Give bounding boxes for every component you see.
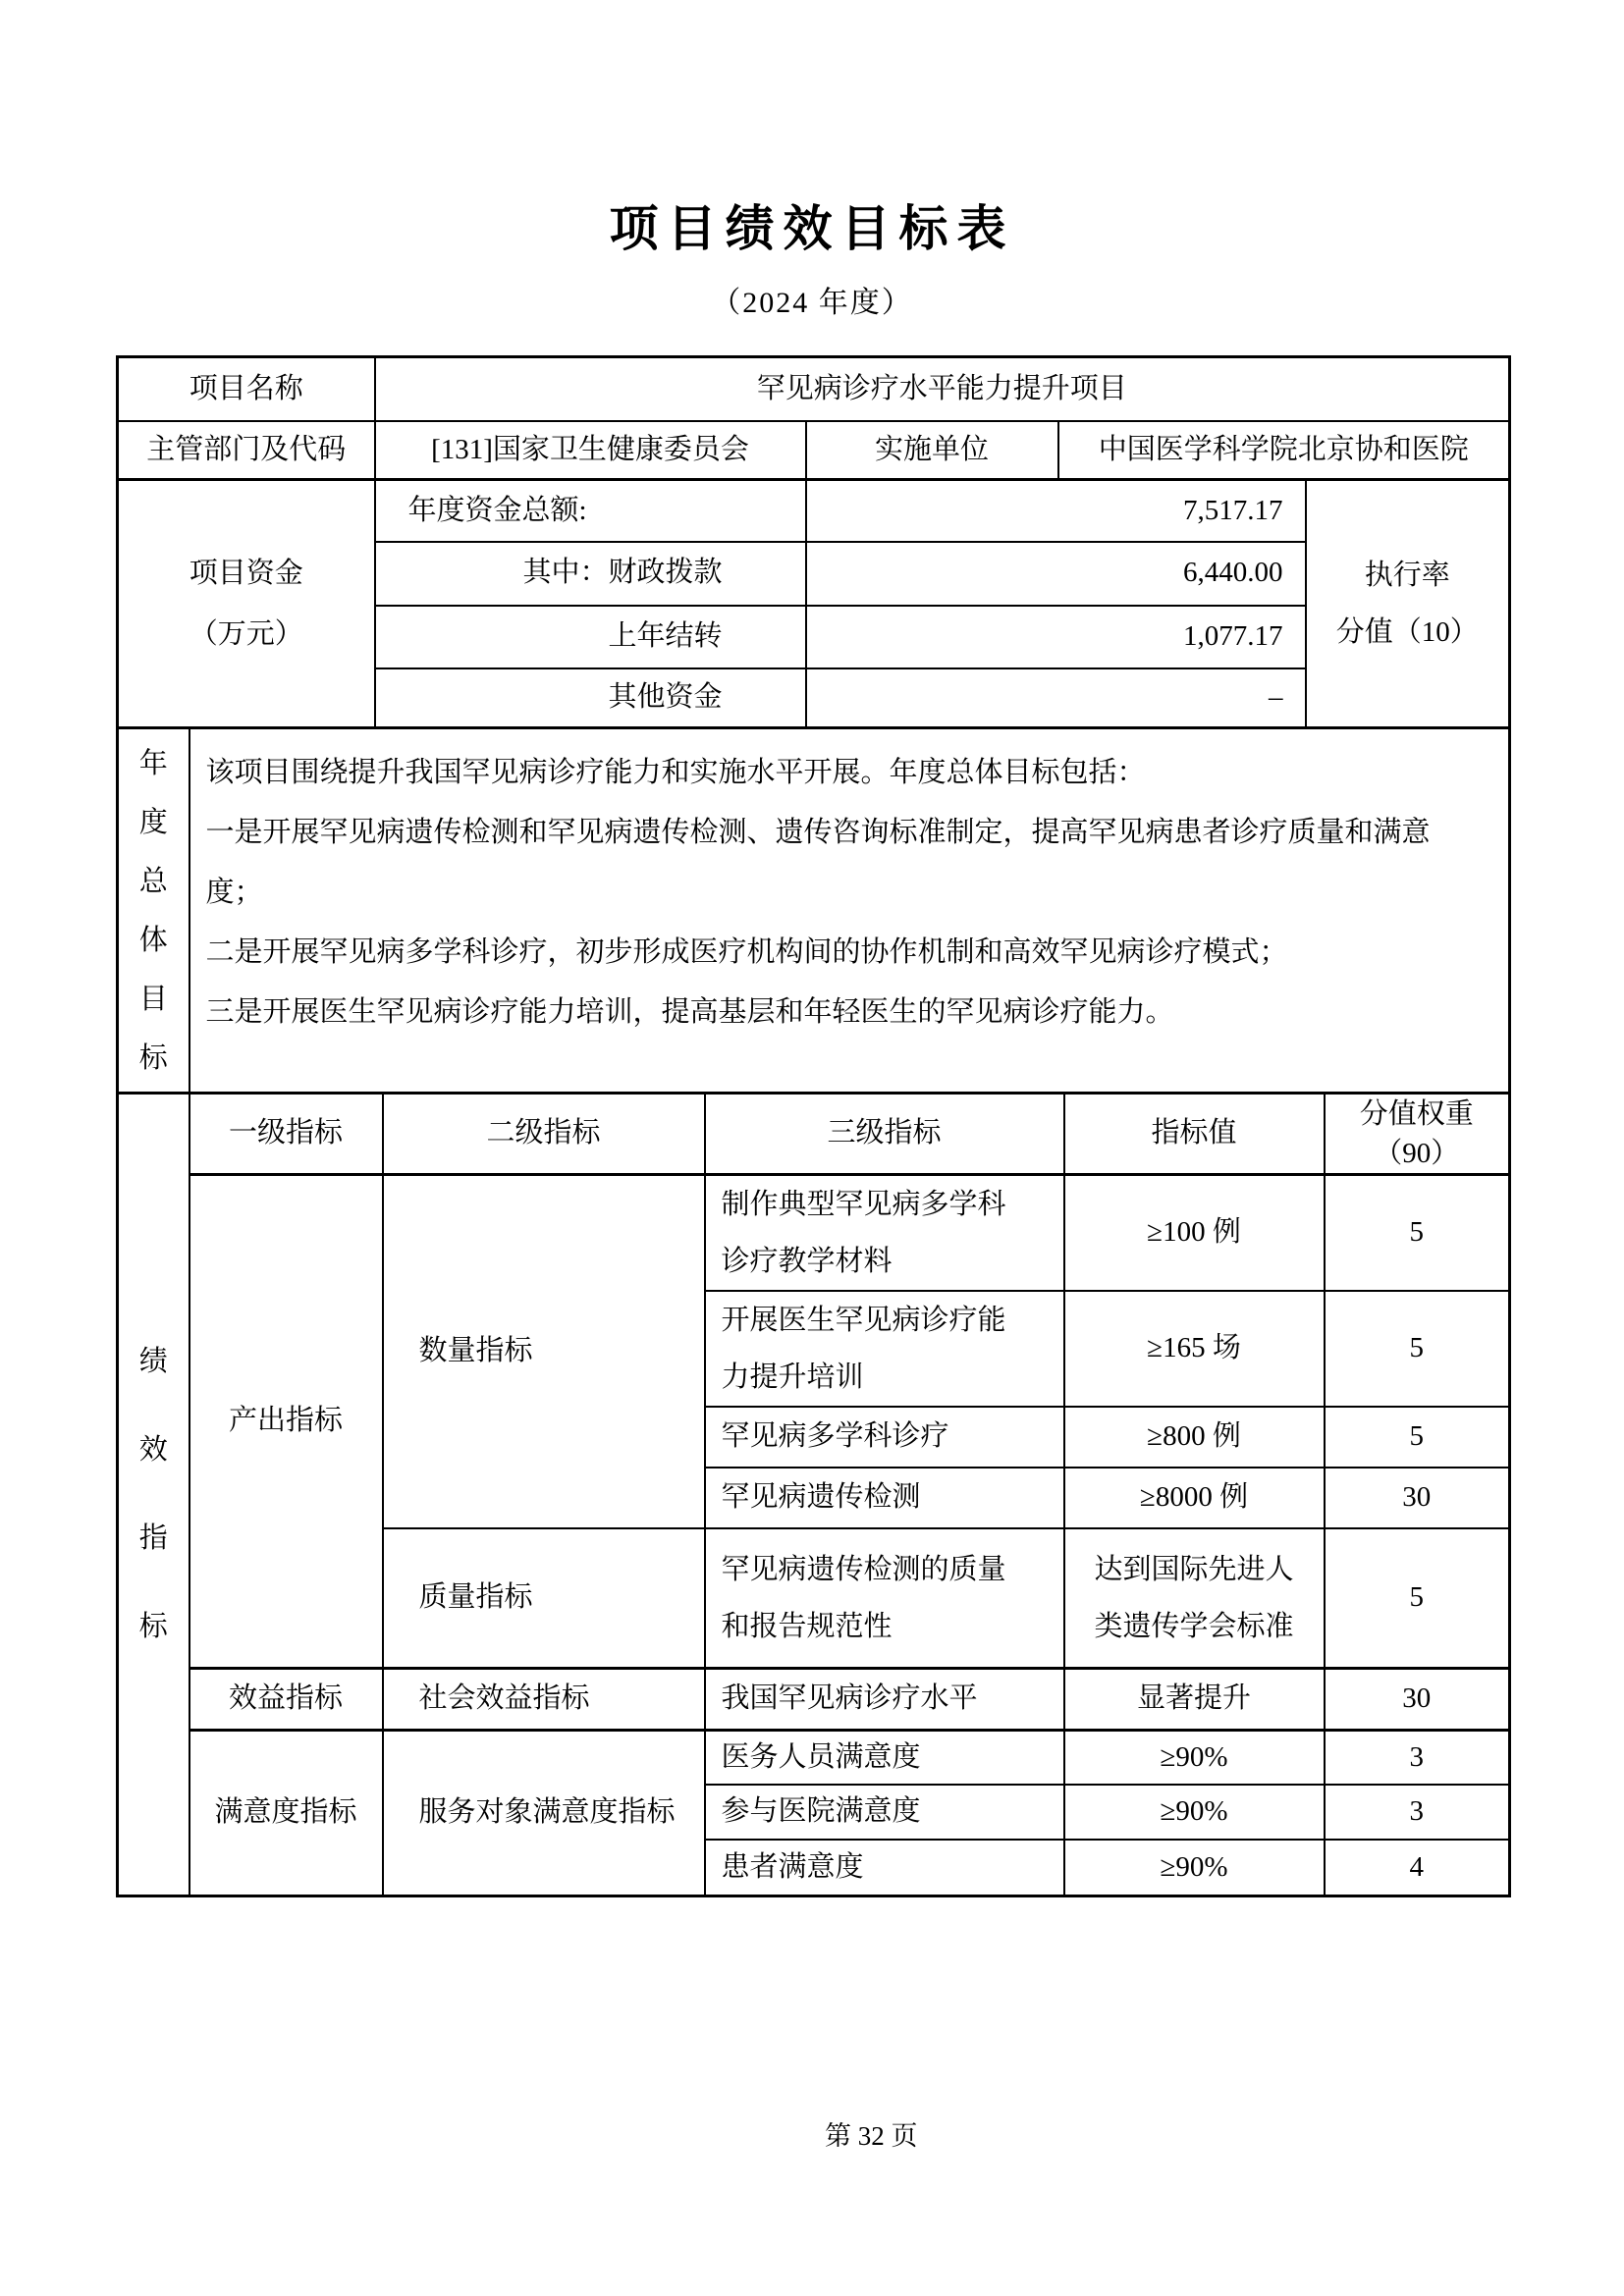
table-row: 满意度指标 服务对象满意度指标 医务人员满意度 ≥90% 3 — [118, 1730, 1510, 1785]
goal-line: 三是开展医生罕见病诊疗能力培训，提高基层和年轻医生的罕见病诊疗能力。 — [206, 983, 1435, 1042]
indicator-score: 5 — [1325, 1528, 1510, 1668]
group-social-label: 社会效益指标 — [383, 1668, 705, 1730]
funds-total-value: 7,517.17 — [806, 480, 1306, 542]
performance-vertical-label: 绩 效 指 标 — [118, 1095, 189, 1896]
page-title: 项目绩效目标表 — [0, 189, 1624, 260]
indicators-header-row: 绩 效 指 标 一级指标 二级指标 三级指标 指标值 分值权重 （90） — [118, 1095, 1510, 1175]
annual-goal-vertical-label: 年 度 总 体 目 标 — [118, 728, 189, 1094]
indicator-name: 罕见病遗传检测 — [705, 1468, 1064, 1528]
impl-label: 实施单位 — [806, 421, 1058, 480]
funds-label-line1: 项目资金 — [119, 543, 374, 604]
header-weight: 分值权重 （90） — [1325, 1095, 1510, 1175]
project-name-label: 项目名称 — [118, 357, 375, 421]
group-service-label: 服务对象满意度指标 — [383, 1730, 705, 1896]
goal-line: 二是开展罕见病多学科诊疗，初步形成医疗机构间的协作机制和高效罕见病诊疗模式； — [206, 923, 1435, 983]
indicator-name: 我国罕见病诊疗水平 — [705, 1668, 1064, 1730]
group-quality-label: 质量指标 — [383, 1528, 705, 1668]
funds-fiscal-label: 其中：财政拨款 — [375, 542, 806, 606]
group-satisfaction-label: 满意度指标 — [189, 1730, 383, 1896]
funds-total-label: 年度资金总额: — [375, 480, 806, 542]
group-benefit-label: 效益指标 — [189, 1668, 383, 1730]
group-quantity-label: 数量指标 — [383, 1175, 705, 1529]
table-row: 项目资金 （万元） 年度资金总额: 7,517.17 执行率 分值（10） — [118, 480, 1510, 542]
header-level1: 一级指标 — [189, 1095, 383, 1175]
indicator-score: 5 — [1325, 1175, 1510, 1292]
goal-line: 一是开展罕见病遗传检测和罕见病遗传检测、遗传咨询标准制定，提高罕见病患者诊疗质量… — [206, 803, 1435, 863]
indicator-name: 参与医院满意度 — [705, 1785, 1064, 1840]
indicator-value: ≥165 场 — [1064, 1291, 1325, 1407]
indicator-score: 5 — [1325, 1407, 1510, 1468]
info-table: 项目名称 罕见病诊疗水平能力提升项目 主管部门及代码 [131]国家卫生健康委员… — [116, 355, 1511, 1095]
indicator-score: 5 — [1325, 1291, 1510, 1407]
indicator-value: 达到国际先进人类遗传学会标准 — [1064, 1528, 1325, 1668]
annual-goal-text: 该项目围绕提升我国罕见病诊疗能力和实施水平开展。年度总体目标包括： 一是开展罕见… — [189, 728, 1510, 1094]
indicator-name: 医务人员满意度 — [705, 1730, 1064, 1785]
goal-line: 该项目围绕提升我国罕见病诊疗能力和实施水平开展。年度总体目标包括： — [206, 743, 1435, 803]
funds-carryover-value: 1,077.17 — [806, 606, 1306, 668]
indicator-name: 开展医生罕见病诊疗能力提升培训 — [705, 1291, 1064, 1407]
table-row: 年 度 总 体 目 标 该项目围绕提升我国罕见病诊疗能力和实施水平开展。年度总体… — [118, 728, 1510, 1094]
funds-carryover-label: 上年结转 — [375, 606, 806, 668]
indicator-name: 制作典型罕见病多学科诊疗教学材料 — [705, 1175, 1064, 1292]
dept-label: 主管部门及代码 — [118, 421, 375, 480]
indicator-value: ≥800 例 — [1064, 1407, 1325, 1468]
table-row: 项目名称 罕见病诊疗水平能力提升项目 — [118, 357, 1510, 421]
funds-label-line2: （万元） — [119, 604, 374, 665]
page-subtitle: （2024 年度） — [0, 278, 1624, 321]
funds-label: 项目资金 （万元） — [118, 480, 375, 728]
dept-value: [131]国家卫生健康委员会 — [375, 421, 806, 480]
table-row: 效益指标 社会效益指标 我国罕见病诊疗水平 显著提升 30 — [118, 1668, 1510, 1730]
table-row: 产出指标 数量指标 制作典型罕见病多学科诊疗教学材料 ≥100 例 5 — [118, 1175, 1510, 1292]
indicator-value: 显著提升 — [1064, 1668, 1325, 1730]
goal-line: 度； — [206, 863, 1435, 923]
funds-other-label: 其他资金 — [375, 668, 806, 728]
execution-rate-label: 执行率 分值（10） — [1306, 480, 1510, 728]
indicator-score: 4 — [1325, 1840, 1510, 1896]
indicator-score: 3 — [1325, 1730, 1510, 1785]
header-level3: 三级指标 — [705, 1095, 1064, 1175]
indicator-name: 患者满意度 — [705, 1840, 1064, 1896]
indicator-score: 30 — [1325, 1468, 1510, 1528]
indicator-score: 30 — [1325, 1668, 1510, 1730]
indicator-value: ≥90% — [1064, 1840, 1325, 1896]
execution-rate-line1: 执行率 — [1307, 547, 1509, 604]
funds-other-value: – — [806, 668, 1306, 728]
impl-value: 中国医学科学院北京协和医院 — [1058, 421, 1510, 480]
indicator-value: ≥90% — [1064, 1730, 1325, 1785]
header-level2: 二级指标 — [383, 1095, 705, 1175]
indicator-name: 罕见病遗传检测的质量和报告规范性 — [705, 1528, 1064, 1668]
page-number: 第 32 页 — [825, 2114, 918, 2153]
indicators-table: 绩 效 指 标 一级指标 二级指标 三级指标 指标值 分值权重 （90） 产出指… — [116, 1095, 1511, 1897]
indicator-name: 罕见病多学科诊疗 — [705, 1407, 1064, 1468]
indicator-value: ≥100 例 — [1064, 1175, 1325, 1292]
indicator-score: 3 — [1325, 1785, 1510, 1840]
group-output-label: 产出指标 — [189, 1175, 383, 1669]
document-page: 项目绩效目标表 （2024 年度） 项目名称 罕见病诊疗水平能力提升项目 主管部… — [0, 0, 1624, 2296]
indicator-value: ≥90% — [1064, 1785, 1325, 1840]
project-name-value: 罕见病诊疗水平能力提升项目 — [375, 357, 1510, 421]
execution-rate-line2: 分值（10） — [1307, 604, 1509, 661]
funds-fiscal-value: 6,440.00 — [806, 542, 1306, 606]
indicator-value: ≥8000 例 — [1064, 1468, 1325, 1528]
table-row: 主管部门及代码 [131]国家卫生健康委员会 实施单位 中国医学科学院北京协和医… — [118, 421, 1510, 480]
header-value: 指标值 — [1064, 1095, 1325, 1175]
main-table: 项目名称 罕见病诊疗水平能力提升项目 主管部门及代码 [131]国家卫生健康委员… — [116, 355, 1508, 1897]
